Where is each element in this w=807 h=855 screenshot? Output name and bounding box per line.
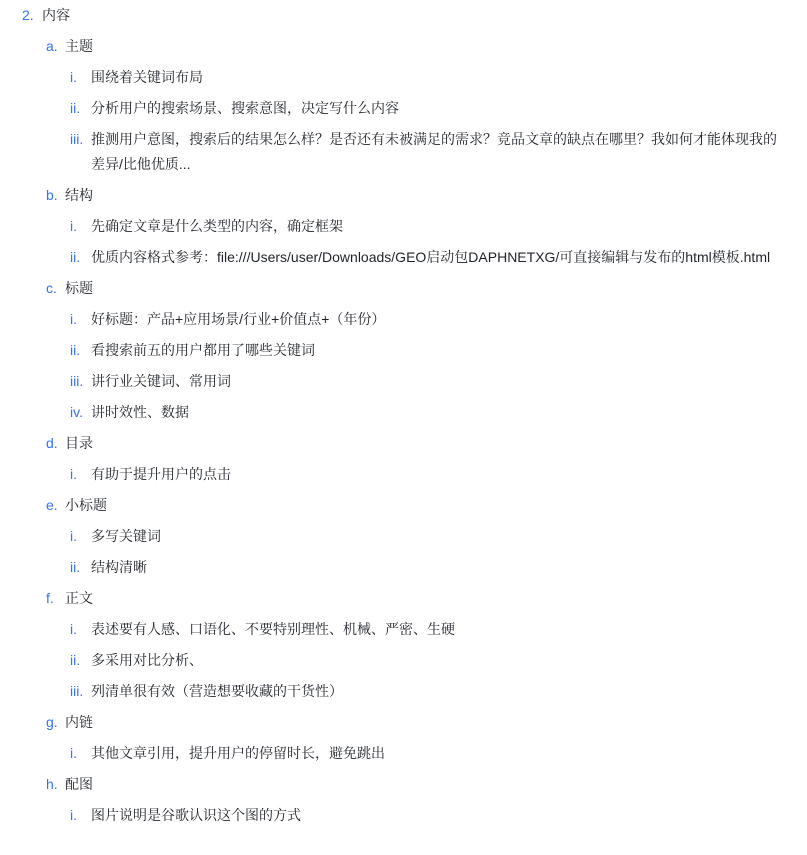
list-item[interactable]: iv.讲时效性、数据 <box>0 397 779 428</box>
list-item[interactable]: e.小标题 <box>0 490 779 521</box>
list-marker: iii. <box>70 679 91 704</box>
list-item[interactable]: iii.推测用户意图，搜索后的结果怎么样？是否还有未被满足的需求？竞品文章的缺点… <box>0 124 779 180</box>
list-marker: b. <box>46 183 65 208</box>
list-marker: ii. <box>70 648 91 673</box>
list-item[interactable]: i.图片说明是谷歌认识这个图的方式 <box>0 800 779 831</box>
list-marker: i. <box>70 214 91 239</box>
list-item-text: 看搜索前五的用户都用了哪些关键词 <box>91 338 779 363</box>
list-item[interactable]: c.标题 <box>0 273 779 304</box>
list-item[interactable]: ii.看搜索前五的用户都用了哪些关键词 <box>0 335 779 366</box>
list-marker: ii. <box>70 245 91 270</box>
list-item-text: 图片说明是谷歌认识这个图的方式 <box>91 803 779 828</box>
list-item-text: 结构 <box>65 183 779 208</box>
list-item[interactable]: iii.列清单很有效（营造想要收藏的干货性） <box>0 676 779 707</box>
list-item[interactable]: 2.内容 <box>0 0 779 31</box>
list-marker: iii. <box>70 127 91 152</box>
list-item-text: 讲时效性、数据 <box>91 400 779 425</box>
list-item[interactable]: i.有助于提升用户的点击 <box>0 459 779 490</box>
list-item-text: 其他文章引用，提升用户的停留时长，避免跳出 <box>91 741 779 766</box>
list-item-text: 讲行业关键词、常用词 <box>91 369 779 394</box>
list-item[interactable]: b.结构 <box>0 180 779 211</box>
list-item-text: 先确定文章是什么类型的内容，确定框架 <box>91 214 779 239</box>
list-item[interactable]: d.目录 <box>0 428 779 459</box>
list-marker: ii. <box>70 555 91 580</box>
list-item-text: 分析用户的搜索场景、搜索意图，决定写什么内容 <box>91 96 779 121</box>
list-item-text: 正文 <box>65 586 779 611</box>
list-marker: i. <box>70 307 91 332</box>
list-marker: d. <box>46 431 65 456</box>
list-marker: f. <box>46 586 65 611</box>
list-item[interactable]: ii.分析用户的搜索场景、搜索意图，决定写什么内容 <box>0 93 779 124</box>
list-marker: ii. <box>70 96 91 121</box>
list-item[interactable]: i.多写关键词 <box>0 521 779 552</box>
list-item-text: 有助于提升用户的点击 <box>91 462 779 487</box>
list-item-text: 目录 <box>65 431 779 456</box>
list-marker: h. <box>46 772 65 797</box>
list-item[interactable]: i.先确定文章是什么类型的内容，确定框架 <box>0 211 779 242</box>
list-item[interactable]: i.其他文章引用，提升用户的停留时长，避免跳出 <box>0 738 779 769</box>
list-item-text: 内容 <box>42 3 779 28</box>
list-marker: i. <box>70 617 91 642</box>
list-item[interactable]: ii.结构清晰 <box>0 552 779 583</box>
list-item[interactable]: h.配图 <box>0 769 779 800</box>
list-item-text: 结构清晰 <box>91 555 779 580</box>
list-marker: a. <box>46 34 65 59</box>
list-item[interactable]: f.正文 <box>0 583 779 614</box>
list-item[interactable]: ii.优质内容格式参考：file:///Users/user/Downloads… <box>0 242 779 273</box>
list-item-text: 内链 <box>65 710 779 735</box>
list-item[interactable]: g.内链 <box>0 707 779 738</box>
list-item[interactable]: i.表述要有人感、口语化、不要特别理性、机械、严密、生硬 <box>0 614 779 645</box>
outline-list: 2.内容a.主题i.围绕着关键词布局ii.分析用户的搜索场景、搜索意图，决定写什… <box>0 0 779 831</box>
list-item-text: 小标题 <box>65 493 779 518</box>
list-item-text: 标题 <box>65 276 779 301</box>
list-item-text: 好标题：产品+应用场景/行业+价值点+（年份） <box>91 307 779 332</box>
list-item-text: 围绕着关键词布局 <box>91 65 779 90</box>
document-content: 2.内容a.主题i.围绕着关键词布局ii.分析用户的搜索场景、搜索意图，决定写什… <box>0 0 807 831</box>
list-item[interactable]: iii.讲行业关键词、常用词 <box>0 366 779 397</box>
list-marker: 2. <box>22 3 42 28</box>
list-item[interactable]: ii.多采用对比分析、 <box>0 645 779 676</box>
list-marker: i. <box>70 524 91 549</box>
list-marker: i. <box>70 741 91 766</box>
list-item-text: 多写关键词 <box>91 524 779 549</box>
list-item-text: 列清单很有效（营造想要收藏的干货性） <box>91 679 779 704</box>
list-marker: ii. <box>70 338 91 363</box>
list-item-text: 主题 <box>65 34 779 59</box>
list-item[interactable]: a.主题 <box>0 31 779 62</box>
list-marker: iii. <box>70 369 91 394</box>
list-item-text: 配图 <box>65 772 779 797</box>
list-item-text: 多采用对比分析、 <box>91 648 779 673</box>
list-marker: e. <box>46 493 65 518</box>
list-item[interactable]: i.好标题：产品+应用场景/行业+价值点+（年份） <box>0 304 779 335</box>
list-marker: i. <box>70 65 91 90</box>
list-marker: g. <box>46 710 65 735</box>
list-marker: iv. <box>70 400 91 425</box>
list-item-text: 推测用户意图，搜索后的结果怎么样？是否还有未被满足的需求？竞品文章的缺点在哪里？… <box>91 127 779 177</box>
list-marker: c. <box>46 276 65 301</box>
list-item-text: 优质内容格式参考：file:///Users/user/Downloads/GE… <box>91 245 779 270</box>
list-marker: i. <box>70 803 91 828</box>
list-item-text: 表述要有人感、口语化、不要特别理性、机械、严密、生硬 <box>91 617 779 642</box>
list-item[interactable]: i.围绕着关键词布局 <box>0 62 779 93</box>
list-marker: i. <box>70 462 91 487</box>
